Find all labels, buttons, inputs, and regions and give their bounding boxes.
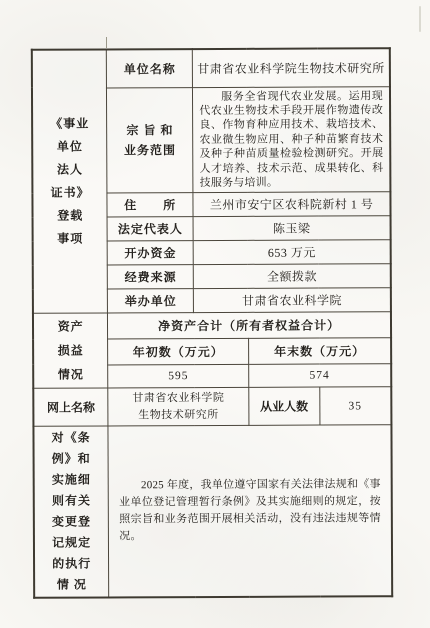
purpose-scope-label-line: 业务范围 (110, 140, 191, 160)
year-start-label: 年初数（万元） (108, 338, 249, 364)
funding-source-value: 全额拨款 (194, 264, 391, 289)
year-end-label: 年末数（万元） (248, 338, 391, 364)
address-label: 住 所 (107, 193, 193, 217)
side-label-line: 证书》 (35, 182, 104, 205)
online-name-value: 甘肃省农业科学院 生物技术研究所 (108, 388, 249, 427)
year-end-value: 574 (249, 363, 392, 387)
purpose-scope-value: 服务全省现代农业发展。运用现代农业生物技术手段开展作物遗传改良、作物育种应用技术… (193, 86, 391, 193)
side-label-line: 登载 (35, 205, 104, 228)
opening-funds-label: 开办资金 (107, 241, 193, 265)
net-assets-header: 净资产合计（所有者权益合计） (108, 312, 391, 339)
side-label-line: 单位 (35, 136, 104, 159)
compliance-statement: 2025 年度，我单位遵守国家有关法律法规和《事业单位登记管理暂行条例》及其实施… (108, 425, 392, 598)
side-label-line: 例》和 (37, 449, 106, 470)
legal-representative-value: 陈玉梁 (193, 216, 390, 241)
side-label-line: 损益 (36, 339, 105, 363)
unit-name-value: 甘肃省农业科学院生物技术研究所 (193, 48, 390, 87)
assets-side-label: 资产 损益 情况 (33, 313, 108, 388)
staff-count-value: 35 (319, 387, 391, 425)
purpose-scope-label-line: 宗 旨 和 (109, 120, 190, 140)
side-label-line: 情况 (36, 363, 105, 387)
scan-artifact-smudge (419, 6, 421, 32)
row-unit-name: 《事业 单位 法人 证书》 登载 事项 单位名称 甘肃省农业科学院生物技术研究所 (32, 48, 390, 88)
side-label-line: 记规定 (37, 533, 106, 554)
staff-count-label: 从业人数 (249, 387, 320, 425)
side-label-line: 的执行 (37, 554, 106, 575)
opening-funds-value: 653 万元 (193, 240, 390, 265)
side-label-line: 则有关 (37, 491, 106, 512)
address-value: 兰州市安宁区农科院新村 1 号 (193, 192, 390, 217)
legal-representative-label: 法定代表人 (107, 217, 193, 241)
side-label-line: 资产 (36, 315, 105, 339)
certificate-items-side-label: 《事业 单位 法人 证书》 登载 事项 (32, 49, 108, 313)
online-name-value-line: 生物技术研究所 (111, 407, 247, 425)
online-name-label: 网上名称 (33, 388, 108, 426)
sponsor-unit-value: 甘肃省农业科学院 (194, 288, 391, 313)
compliance-side-label: 对《条 例》和 实施细 则有关 变更登 记规定 的执行 情 况 (33, 426, 109, 598)
year-start-value: 595 (108, 364, 249, 388)
funding-source-label: 经费来源 (108, 265, 194, 289)
sponsor-unit-label: 举办单位 (108, 289, 194, 313)
side-label-line: 《事业 (35, 113, 104, 136)
row-net-assets-header: 资产 损益 情况 净资产合计（所有者权益合计） (33, 312, 391, 339)
purpose-scope-label: 宗 旨 和 业务范围 (107, 87, 193, 193)
row-online-name: 网上名称 甘肃省农业科学院 生物技术研究所 从业人数 35 (33, 387, 391, 427)
annual-report-table: 《事业 单位 法人 证书》 登载 事项 单位名称 甘肃省农业科学院生物技术研究所… (31, 47, 393, 599)
side-label-line: 情 况 (37, 575, 106, 596)
side-label-line: 法人 (35, 159, 104, 182)
side-label-line: 对《条 (36, 428, 105, 449)
online-name-value-line: 甘肃省农业科学院 (111, 390, 247, 408)
side-label-line: 变更登 (37, 512, 106, 533)
scanned-document-page: 《事业 单位 法人 证书》 登载 事项 单位名称 甘肃省农业科学院生物技术研究所… (0, 0, 430, 628)
unit-name-label: 单位名称 (107, 49, 193, 87)
row-compliance: 对《条 例》和 实施细 则有关 变更登 记规定 的执行 情 况 2025 年度，… (33, 425, 392, 598)
scan-artifact-tick (106, 37, 107, 48)
side-label-line: 事项 (36, 228, 105, 251)
side-label-line: 实施细 (37, 470, 106, 491)
